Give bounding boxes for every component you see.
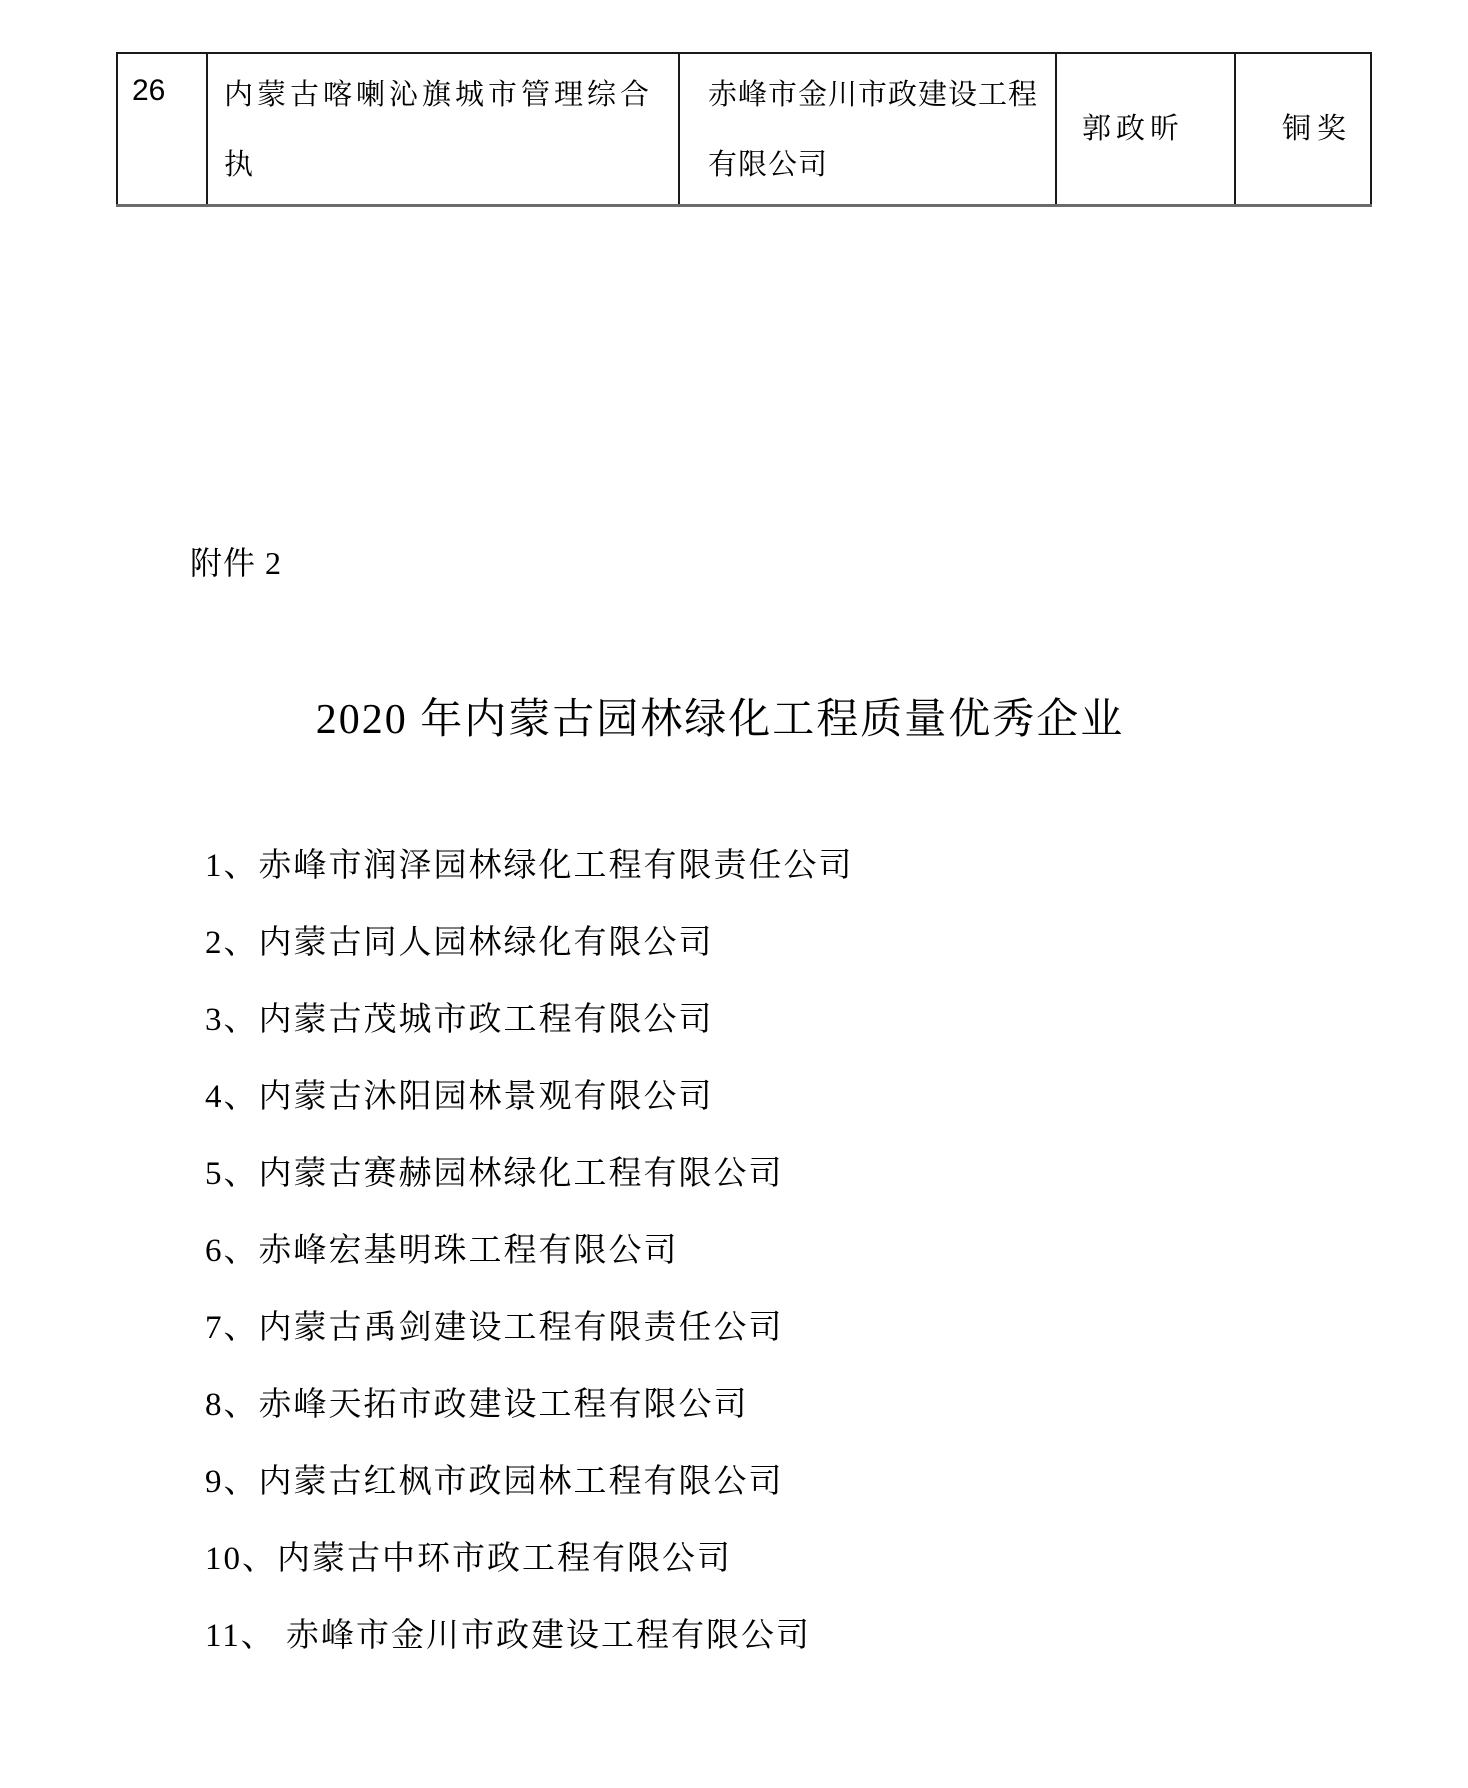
attachment-label: 附件 2 (190, 538, 282, 584)
serial-number: 26 (132, 74, 165, 107)
table-cell-serial: 26 (116, 54, 206, 204)
list-item: 5、内蒙古赛赫园林绿化工程有限公司 (205, 1136, 1305, 1213)
company-name-line1: 赤峰市金川市政建设工程 (708, 60, 1055, 130)
table-cell-award: 铜奖 (1234, 54, 1372, 204)
page-title: 2020 年内蒙古园林绿化工程质量优秀企业 (0, 686, 1440, 746)
list-item: 6、赤峰宏基明珠工程有限公司 (205, 1213, 1305, 1290)
list-item: 8、赤峰天拓市政建设工程有限公司 (205, 1367, 1305, 1444)
list-item: 1、赤峰市润泽园林绿化工程有限责任公司 (205, 828, 1305, 905)
company-name-line2: 有限公司 (708, 130, 1055, 200)
list-item: 3、内蒙古茂城市政工程有限公司 (205, 982, 1305, 1059)
project-name-line1: 内蒙古喀喇沁旗城市管理综合执 (224, 60, 678, 200)
table-cell-project: 内蒙古喀喇沁旗城市管理综合执 法局灵悦寺公园建设工程 (206, 54, 678, 204)
list-item: 2、内蒙古同人园林绿化有限公司 (205, 905, 1305, 982)
project-name-line2: 法局灵悦寺公园建设工程 (224, 200, 678, 204)
award-grade: 铜奖 (1282, 115, 1352, 144)
list-item: 10、内蒙古中环市政工程有限公司 (205, 1521, 1305, 1598)
company-list: 1、赤峰市润泽园林绿化工程有限责任公司 2、内蒙古同人园林绿化有限公司 3、内蒙… (205, 828, 1305, 1675)
list-item: 11、 赤峰市金川市政建设工程有限公司 (205, 1598, 1305, 1675)
table-cell-company: 赤峰市金川市政建设工程 有限公司 (678, 54, 1055, 204)
award-table-row-26: 26 内蒙古喀喇沁旗城市管理综合执 法局灵悦寺公园建设工程 赤峰市金川市政建设工… (116, 52, 1372, 207)
list-item: 4、内蒙古沐阳园林景观有限公司 (205, 1059, 1305, 1136)
person-name: 郭政昕 (1082, 115, 1184, 144)
list-item: 9、内蒙古红枫市政园林工程有限公司 (205, 1444, 1305, 1521)
table-cell-person: 郭政昕 (1055, 54, 1234, 204)
list-item: 7、内蒙古禹剑建设工程有限责任公司 (205, 1290, 1305, 1367)
